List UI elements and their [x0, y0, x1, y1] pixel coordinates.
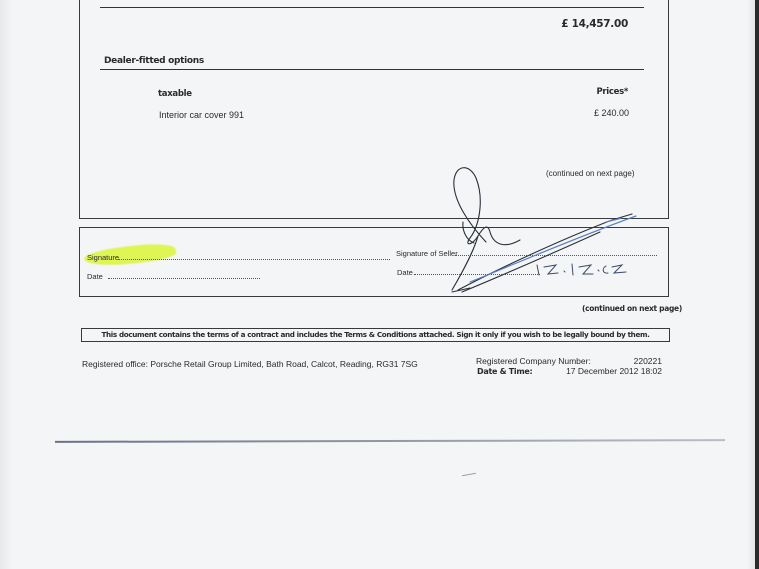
scan-edge-right	[755, 0, 759, 569]
signature-box	[79, 227, 669, 297]
buyer-signature-label: Signature	[87, 253, 119, 262]
datetime-label: Date & Time:	[477, 367, 532, 376]
continued-note-upper: (continued on next page)	[546, 169, 635, 178]
subtotal-rule	[100, 7, 644, 8]
buyer-date-line[interactable]	[108, 278, 260, 279]
seller-date-line[interactable]	[414, 274, 540, 275]
scan-edge-left	[0, 0, 12, 569]
legal-notice: This document contains the terms of a co…	[81, 330, 670, 339]
company-number: 220221	[634, 356, 662, 366]
price-header: Prices*	[596, 87, 628, 97]
page-separator-rule	[55, 439, 725, 443]
registered-office: Registered office: Porsche Retail Group …	[82, 359, 418, 369]
seller-signature-line[interactable]	[455, 255, 657, 256]
seller-signature-label: Signature of Seller	[396, 249, 458, 258]
options-column-label: taxable	[158, 89, 192, 99]
subtotal-amount: £ 14,457.00	[561, 18, 628, 30]
company-number-label: Registered Company Number:	[476, 356, 591, 366]
option-price: £ 240.00	[594, 108, 629, 118]
scan-edge-shadow	[747, 0, 755, 569]
registered-office-address: Porsche Retail Group Limited, Bath Road,…	[150, 359, 417, 369]
seller-date-label: Date	[397, 268, 413, 277]
option-item: Interior car cover 991	[159, 110, 244, 120]
continued-note-lower: (continued on next page)	[582, 304, 682, 313]
section-rule	[100, 69, 644, 70]
datetime-value: 17 December 2012 18:02	[566, 366, 662, 376]
buyer-signature-line[interactable]	[118, 259, 390, 260]
scan-speck	[462, 473, 476, 476]
section-title: Dealer-fitted options	[104, 56, 204, 66]
buyer-date-label: Date	[87, 272, 103, 281]
registered-office-label: Registered office:	[82, 359, 148, 369]
